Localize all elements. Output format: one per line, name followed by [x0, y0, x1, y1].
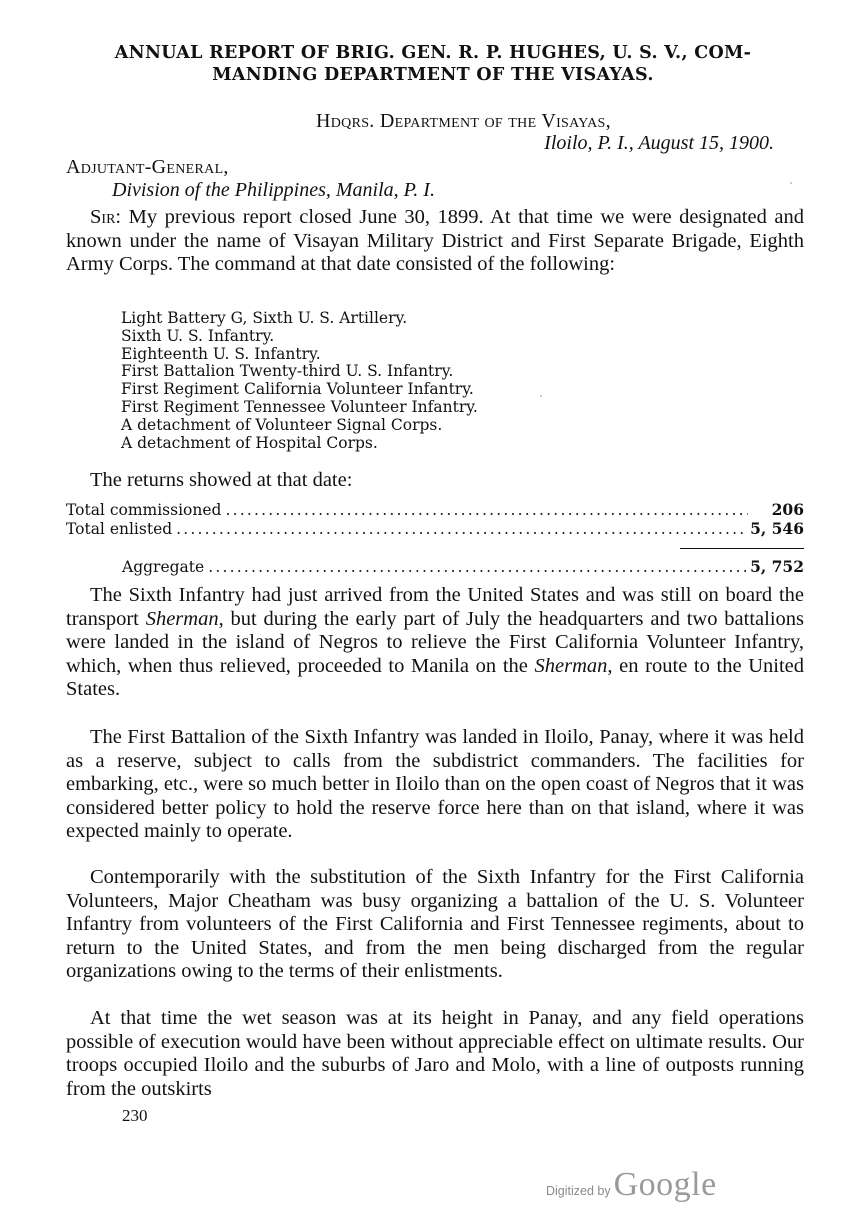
list-item: Eighteenth U. S. Infantry.: [121, 346, 478, 364]
salutation: Sir: [90, 206, 115, 228]
digitized-by-label: Digitized by: [546, 1184, 611, 1198]
aggregate-row: Aggregate 5, 752: [66, 557, 804, 576]
google-logo: Google: [614, 1166, 717, 1204]
aggregate-label: Aggregate: [122, 558, 204, 576]
leader-dots: [176, 520, 746, 538]
list-item: A detachment of Hospital Corps.: [121, 435, 478, 453]
opening-text: : My previous report closed June 30, 189…: [66, 206, 804, 275]
sum-rule: [680, 548, 804, 549]
leader-dots: [208, 558, 746, 576]
paragraph-text: At that time the wet season was at its h…: [66, 1007, 804, 1101]
list-item: First Battalion Twenty-third U. S. Infan…: [121, 363, 478, 381]
scan-speck: [540, 395, 542, 397]
paragraph-contemporarily: Contemporarily with the substitution of …: [66, 866, 804, 984]
row-label: Total enlisted: [66, 520, 172, 538]
page-number: 230: [122, 1106, 148, 1126]
ship-name: Sherman: [146, 608, 219, 630]
scan-speck: [790, 182, 792, 184]
row-value: 5, 546: [750, 519, 804, 538]
returns-intro: The returns showed at that date:: [90, 469, 352, 492]
row-label: Total commissioned: [66, 501, 221, 519]
list-item: First Regiment Tennessee Volunteer Infan…: [121, 399, 478, 417]
table-row: Total commissioned 206: [66, 500, 804, 519]
list-item: Light Battery G, Sixth U. S. Artillery.: [121, 310, 478, 328]
dateline: Iloilo, P. I., August 15, 1900.: [544, 132, 774, 155]
paragraph-wet-season: At that time the wet season was at its h…: [66, 1007, 804, 1101]
paragraph-sixth-infantry: The Sixth Infantry had just arrived from…: [66, 584, 804, 702]
ship-name: Sherman: [535, 655, 608, 677]
digitized-by-google-watermark: Digitized by Google: [546, 1166, 717, 1204]
addressee-title: Adjutant-General,: [66, 156, 229, 179]
table-row: Total enlisted 5, 546: [66, 519, 804, 538]
leader-dots: [225, 501, 748, 519]
opening-paragraph: Sir: My previous report closed June 30, …: [66, 206, 804, 277]
title-line-2: MANDING DEPARTMENT OF THE VISAYAS.: [62, 64, 804, 86]
list-item: Sixth U. S. Infantry.: [121, 328, 478, 346]
document-page: ANNUAL REPORT OF BRIG. GEN. R. P. HUGHES…: [0, 0, 861, 1222]
paragraph-first-battalion: The First Battalion of the Sixth Infantr…: [66, 726, 804, 844]
row-value: 206: [752, 500, 804, 519]
paragraph-text: The First Battalion of the Sixth Infantr…: [66, 726, 804, 844]
headquarters-heading: Hdqrs. Department of the Visayas,: [316, 110, 611, 133]
title-line-1: ANNUAL REPORT OF BRIG. GEN. R. P. HUGHES…: [115, 43, 751, 63]
addressee-division: Division of the Philippines, Manila, P. …: [112, 179, 435, 202]
report-title: ANNUAL REPORT OF BRIG. GEN. R. P. HUGHES…: [62, 42, 804, 86]
list-item: First Regiment California Volunteer Infa…: [121, 381, 478, 399]
paragraph-text: Contemporarily with the substitution of …: [66, 866, 804, 984]
command-list: Light Battery G, Sixth U. S. Artillery. …: [121, 310, 478, 452]
aggregate-value: 5, 752: [750, 557, 804, 576]
list-item: A detachment of Volunteer Signal Corps.: [121, 417, 478, 435]
